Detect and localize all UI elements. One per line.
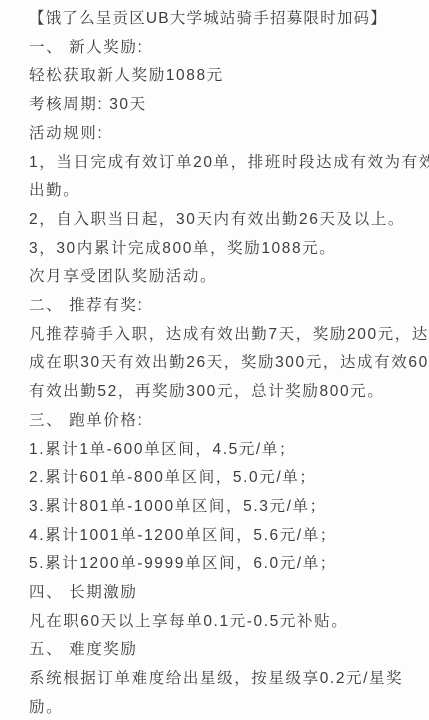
price-tier-5-line: 5.累计1200单-9999单区间，6.0元/单； xyxy=(29,550,415,579)
rule-1-line: 1，当日完成有效订单20单，排班时段达成有效为有效 xyxy=(29,149,415,178)
assessment-period-line: 考核周期: 30天 xyxy=(29,91,415,120)
price-tier-1-line: 1.累计1单-600单区间，4.5元/单； xyxy=(29,436,415,465)
price-tier-4-line: 4.累计1001单-1200单区间，5.6元/单； xyxy=(29,522,415,551)
activity-rules-heading: 活动规则: xyxy=(29,120,415,149)
section-heading-difficulty-reward: 五、 难度奖励 xyxy=(29,636,415,665)
rule-1-continued-line: 出勤。 xyxy=(29,177,415,206)
referral-terms-line-3: 有效出勤52，再奖励300元，总计奖励800元。 xyxy=(29,378,415,407)
section-heading-order-pricing: 三、 跑单价格: xyxy=(29,407,415,436)
difficulty-reward-line-2: 励。 xyxy=(29,694,415,720)
rule-2-line: 2，自入职当日起，30天内有效出勤26天及以上。 xyxy=(29,206,415,235)
recruitment-notice-document: 【饿了么呈贡区UB大学城站骑手招募限时加码】 一、 新人奖励: 轻松获取新人奖励… xyxy=(0,0,429,720)
longterm-subsidy-line: 凡在职60天以上享每单0.1元-0.5元补贴。 xyxy=(29,608,415,637)
section-heading-longterm-incentive: 四、 长期激励 xyxy=(29,579,415,608)
section-heading-referral-reward: 二、 推荐有奖: xyxy=(29,292,415,321)
referral-terms-line-1: 凡推荐骑手入职，达成有效出勤7天，奖励200元，达 xyxy=(29,321,415,350)
document-title: 【饿了么呈贡区UB大学城站骑手招募限时加码】 xyxy=(29,5,415,34)
rule-3-line: 3，30内累计完成800单，奖励1088元。 xyxy=(29,235,415,264)
newcomer-reward-amount-line: 轻松获取新人奖励1088元 xyxy=(29,62,415,91)
difficulty-reward-line-1: 系统根据订单难度给出星级，按星级享0.2元/星奖 xyxy=(29,665,415,694)
price-tier-2-line: 2.累计601单-800单区间，5.0元/单； xyxy=(29,464,415,493)
section-heading-newcomer-reward: 一、 新人奖励: xyxy=(29,34,415,63)
next-month-team-reward-line: 次月享受团队奖励活动。 xyxy=(29,263,415,292)
price-tier-3-line: 3.累计801单-1000单区间，5.3元/单； xyxy=(29,493,415,522)
referral-terms-line-2: 成在职30天有效出勤26天，奖励300元，达成有效60天 xyxy=(29,349,415,378)
